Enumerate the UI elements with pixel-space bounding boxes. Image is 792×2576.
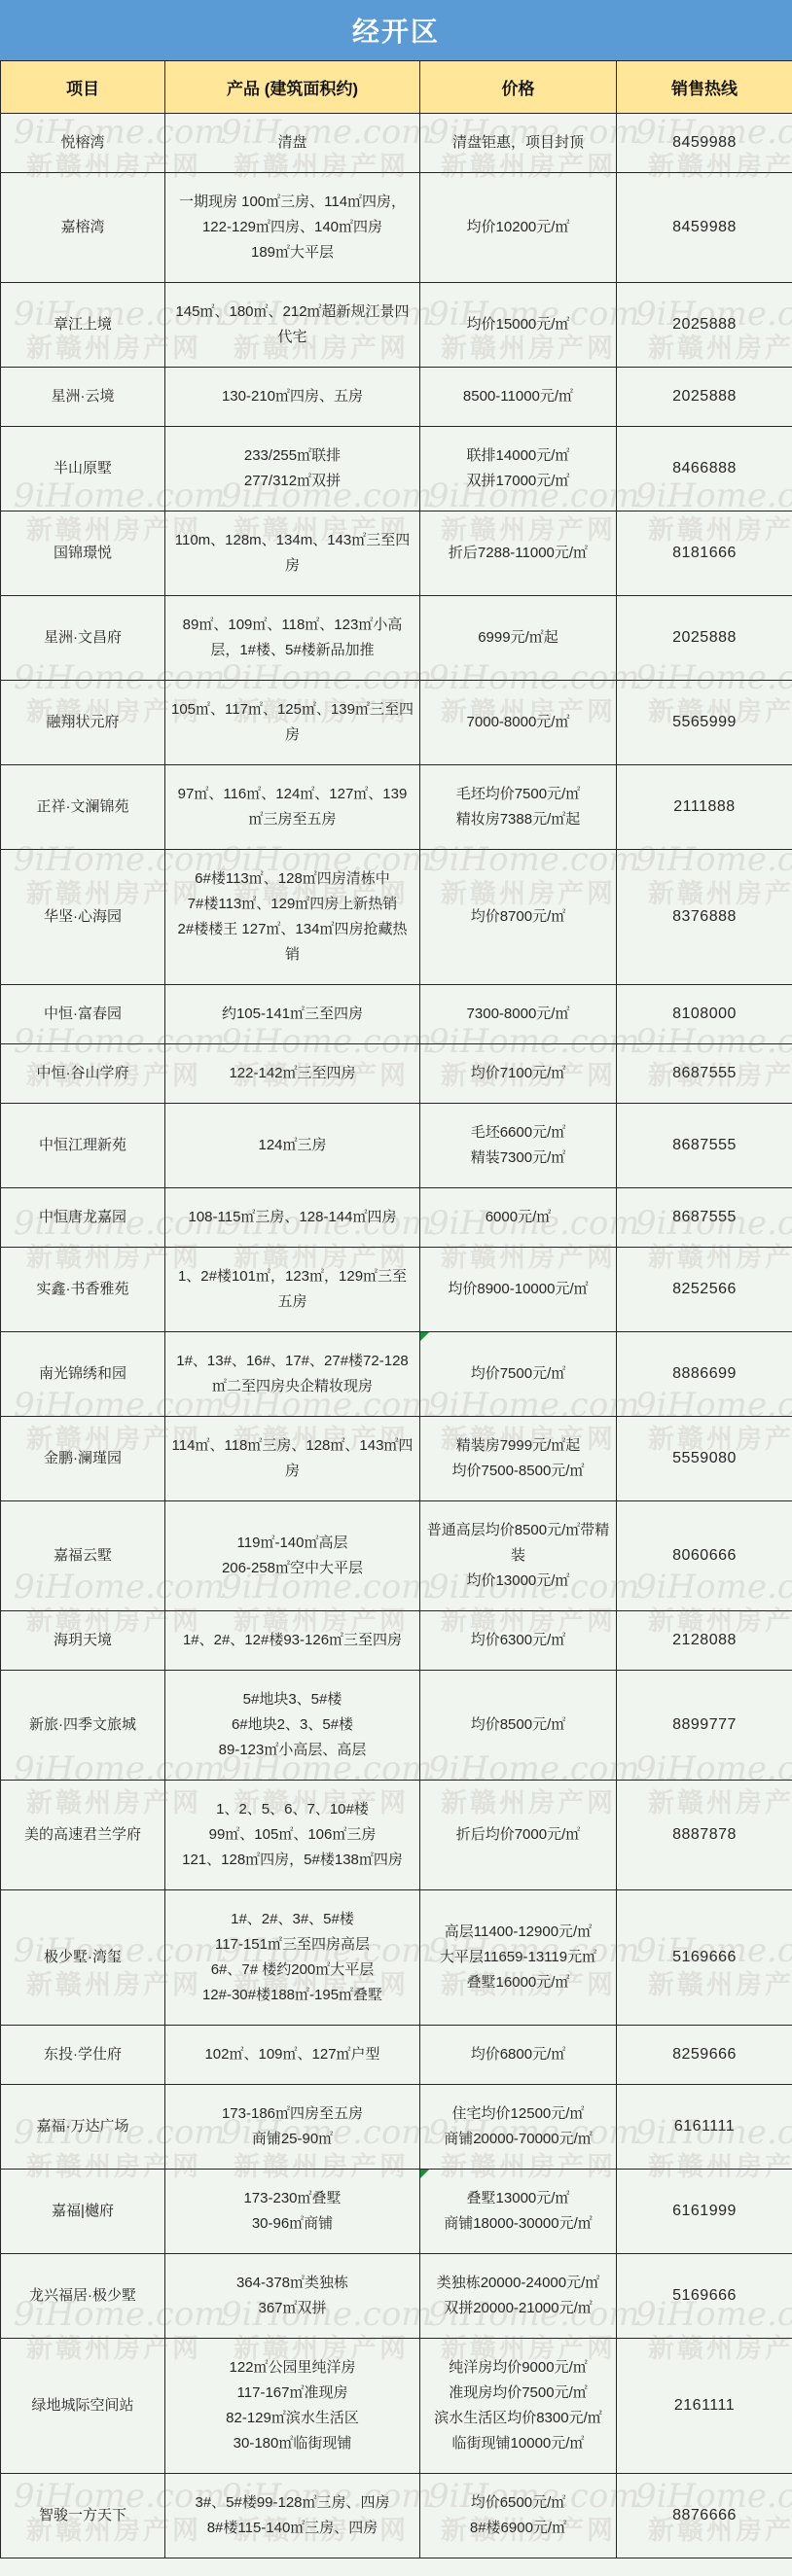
hotline-cell: 8886699: [617, 1332, 792, 1417]
price-cell-line: 折后7288-11000元/㎡: [426, 541, 610, 566]
product-cell-line: 7#楼113㎡、129㎡四房上新热销: [171, 892, 414, 917]
product-cell-line: 1、2、5、6、7、10#楼: [171, 1797, 414, 1822]
price-cell-line: 均价7100元/㎡: [426, 1061, 610, 1086]
project-name-cell: 智骏一方天下: [1, 2474, 165, 2558]
project-name-cell: 华坚·心海园: [1, 850, 165, 985]
product-cell-line: 364-378㎡类独栋: [171, 2271, 414, 2296]
hotline-cell: 5169666: [617, 2254, 792, 2339]
product-cell-line: 119㎡-140㎡高层: [171, 1531, 414, 1556]
product-cell-line: 一期现房 100㎡三房、114㎡四房，: [171, 190, 414, 215]
product-cell-line: 商铺25-90㎡: [171, 2127, 414, 2152]
price-cell-line: 均价8900-10000元/㎡: [426, 1277, 610, 1302]
project-name-cell: 嘉福·万达广场: [1, 2085, 165, 2170]
price-cell-line: 临街现铺10000元/㎡: [426, 2431, 610, 2456]
col-header-project: 项目: [1, 61, 165, 114]
price-cell: 普通高层均价8500元/㎡带精装均价13000元/㎡: [420, 1501, 617, 1611]
product-cell: 3#、5#楼99-128㎡三房、四房8#楼115-140㎡三房、四房: [165, 2474, 420, 2558]
price-cell-line: 均价7500-8500元/㎡: [426, 1459, 610, 1484]
price-cell-line: 联排14000元/㎡: [426, 443, 610, 469]
product-cell-line: 30-96㎡商铺: [171, 2211, 414, 2237]
table-row: 新旅·四季文旅城5#地块3、5#楼6#地块2、3、5#楼89-123㎡小高层、高…: [1, 1671, 792, 1781]
hotline-cell: 8060666: [617, 1501, 792, 1611]
product-cell-line: 8#楼115-140㎡三房、四房: [171, 2516, 414, 2541]
product-cell-line: 130-210㎡四房、五房: [171, 384, 414, 409]
price-cell: 清盘钜惠，项目封顶: [420, 114, 617, 173]
hotline-cell: 2025888: [617, 283, 792, 368]
price-cell: 高层11400-12900元/㎡大平层11659-13119元㎡叠墅16000元…: [420, 1890, 617, 2026]
product-cell: 5#地块3、5#楼6#地块2、3、5#楼89-123㎡小高层、高层: [165, 1671, 420, 1781]
table-row: 嘉福云墅119㎡-140㎡高层206-258㎡空中大平层普通高层均价8500元/…: [1, 1501, 792, 1611]
product-cell: 145㎡、180㎡、212㎡超新规江景四代宅: [165, 283, 420, 368]
price-cell-line: 8500-11000元/㎡: [426, 384, 610, 409]
price-cell-line: 类独栋20000-24000元/㎡: [426, 2271, 610, 2296]
product-cell: 173-186㎡四房至五房商铺25-90㎡: [165, 2085, 420, 2170]
price-cell-line: 住宅均价12500元/㎡: [426, 2101, 610, 2127]
hotline-cell: 8687555: [617, 1044, 792, 1104]
hotline-cell: 6161999: [617, 2170, 792, 2254]
product-cell: 233/255㎡联排277/312㎡双拼: [165, 427, 420, 512]
price-cell-line: 叠墅16000元/㎡: [426, 1970, 610, 1995]
col-header-hotline: 销售热线: [617, 61, 792, 114]
price-cell-line: 7300-8000元/㎡: [426, 1002, 610, 1027]
price-cell: 均价6500元/㎡8#楼6900元/㎡: [420, 2474, 617, 2558]
table-row: 美的高速君兰学府1、2、5、6、7、10#楼99㎡、105㎡、106㎡三房121…: [1, 1781, 792, 1890]
product-cell-line: 清盘: [171, 130, 414, 156]
price-cell-line: 商铺20000-70000元/㎡: [426, 2127, 610, 2152]
product-cell-line: 124㎡三房: [171, 1133, 414, 1158]
product-cell-line: 1#、2#、12#楼93-126㎡三至四房: [171, 1628, 414, 1653]
product-cell: 122㎡公园里纯洋房117-167㎡准现房82-129㎡滨水生活区30-180㎡…: [165, 2339, 420, 2474]
hotline-cell: 8459988: [617, 114, 792, 173]
price-cell-line: 商铺18000-30000元/㎡: [426, 2211, 610, 2237]
price-cell: 7000-8000元/㎡: [420, 681, 617, 765]
price-cell-line: 准现房均价7500元/㎡: [426, 2381, 610, 2406]
product-cell-line: 367㎡双拼: [171, 2296, 414, 2321]
hotline-cell: 8876666: [617, 2474, 792, 2558]
table-row: 龙兴福居·极少墅364-378㎡类独栋367㎡双拼类独栋20000-24000元…: [1, 2254, 792, 2339]
price-cell: 8500-11000元/㎡: [420, 368, 617, 427]
product-cell-line: 105㎡、117㎡、125㎡、139㎡三至四房: [171, 697, 414, 748]
product-cell-line: 122-142㎡三至四房: [171, 1061, 414, 1086]
price-cell-line: 纯洋房均价9000元/㎡: [426, 2355, 610, 2381]
col-header-product: 产品 (建筑面积约): [165, 61, 420, 114]
product-cell: 1#、2#、3#、5#楼117-151㎡三至四房高层6#、7# 楼约200㎡大平…: [165, 1890, 420, 2026]
hotline-cell: 8687555: [617, 1188, 792, 1248]
product-cell: 6#楼113㎡、128㎡四房清栋中7#楼113㎡、129㎡四房上新热销2#楼楼王…: [165, 850, 420, 985]
project-name-cell: 半山原墅: [1, 427, 165, 512]
price-cell-line: 滨水生活区均价8300元/㎡: [426, 2406, 610, 2431]
product-cell: 119㎡-140㎡高层206-258㎡空中大平层: [165, 1501, 420, 1611]
table-row: 智骏一方天下3#、5#楼99-128㎡三房、四房8#楼115-140㎡三房、四房…: [1, 2474, 792, 2558]
table-row: 国锦璟悦110m、128m、134m、143㎡三至四房折后7288-11000元…: [1, 512, 792, 596]
hotline-cell: 8687555: [617, 1104, 792, 1188]
price-cell: 联排14000元/㎡双拼17000元/㎡: [420, 427, 617, 512]
product-cell: 110m、128m、134m、143㎡三至四房: [165, 512, 420, 596]
hotline-cell: 8459988: [617, 173, 792, 283]
project-name-cell: 实鑫·书香雅苑: [1, 1248, 165, 1332]
price-cell-line: 高层11400-12900元/㎡: [426, 1920, 610, 1945]
project-name-cell: 中恒江理新苑: [1, 1104, 165, 1188]
table-row: 南光锦绣和园1#、13#、16#、17#、27#楼72-128㎡二至四房央企精妆…: [1, 1332, 792, 1417]
project-name-cell: 正祥·文澜锦苑: [1, 765, 165, 850]
project-name-cell: 星洲·云境: [1, 368, 165, 427]
project-name-cell: 龙兴福居·极少墅: [1, 2254, 165, 2339]
project-name-cell: 中恒·富春园: [1, 985, 165, 1044]
project-name-cell: 东投·学仕府: [1, 2026, 165, 2085]
hotline-cell: 8466888: [617, 427, 792, 512]
hotline-cell: 6161111: [617, 2085, 792, 2170]
price-cell: 均价6300元/㎡: [420, 1611, 617, 1671]
table-row: 绿地城际空间站122㎡公园里纯洋房117-167㎡准现房82-129㎡滨水生活区…: [1, 2339, 792, 2474]
price-cell-line: 精装房7999元/㎡起: [426, 1433, 610, 1459]
project-name-cell: 南光锦绣和园: [1, 1332, 165, 1417]
product-cell-line: 189㎡大平层: [171, 240, 414, 265]
price-cell: 均价6800元/㎡: [420, 2026, 617, 2085]
price-cell-line: 均价13000元/㎡: [426, 1569, 610, 1594]
price-cell-line: 6000元/㎡: [426, 1205, 610, 1230]
project-name-cell: 新旅·四季文旅城: [1, 1671, 165, 1781]
project-name-cell: 嘉福|樾府: [1, 2170, 165, 2254]
price-cell: 7300-8000元/㎡: [420, 985, 617, 1044]
price-cell: 均价8900-10000元/㎡: [420, 1248, 617, 1332]
cell-flag-icon: [420, 1332, 429, 1341]
product-cell-line: 173-230㎡叠墅: [171, 2186, 414, 2211]
product-cell-line: 173-186㎡四房至五房: [171, 2101, 414, 2127]
listings-page: 经开区 项目 产品 (建筑面积约) 价格 销售热线 悦榕湾清盘清盘钜惠，项目封顶…: [0, 0, 792, 2576]
table-row: 中恒唐龙嘉园108-115㎡三房、128-144㎡四房6000元/㎡868755…: [1, 1188, 792, 1248]
product-cell-line: 82-129㎡滨水生活区: [171, 2406, 414, 2431]
product-cell-line: 1#、13#、16#、17#、27#楼72-128㎡二至四房央企精妆现房: [171, 1349, 414, 1399]
price-cell-line: 7000-8000元/㎡: [426, 710, 610, 735]
price-cell-line: 6999元/㎡起: [426, 625, 610, 651]
product-cell-line: 约105-141㎡三至四房: [171, 1002, 414, 1027]
product-cell: 1#、2#、12#楼93-126㎡三至四房: [165, 1611, 420, 1671]
table-row: 中恒·富春园约105-141㎡三至四房7300-8000元/㎡8108000: [1, 985, 792, 1044]
product-cell-line: 145㎡、180㎡、212㎡超新规江景四代宅: [171, 300, 414, 350]
table-row: 星洲·云境130-210㎡四房、五房8500-11000元/㎡2025888: [1, 368, 792, 427]
table-row: 中恒江理新苑124㎡三房毛坯6600元/㎡精装7300元/㎡8687555: [1, 1104, 792, 1188]
price-cell: 类独栋20000-24000元/㎡双拼20000-21000元/㎡: [420, 2254, 617, 2339]
table-row: 华坚·心海园6#楼113㎡、128㎡四房清栋中7#楼113㎡、129㎡四房上新热…: [1, 850, 792, 985]
product-cell-line: 206-258㎡空中大平层: [171, 1556, 414, 1581]
price-cell-line: 均价7500元/㎡: [426, 1361, 610, 1387]
project-name-cell: 极少墅·湾玺: [1, 1890, 165, 2026]
product-cell: 105㎡、117㎡、125㎡、139㎡三至四房: [165, 681, 420, 765]
product-cell-line: 122㎡公园里纯洋房: [171, 2355, 414, 2381]
product-cell: 124㎡三房: [165, 1104, 420, 1188]
product-cell-line: 97㎡、116㎡、124㎡、127㎡、139㎡三房至五房: [171, 782, 414, 832]
price-cell-line: 均价6300元/㎡: [426, 1628, 610, 1653]
price-cell: 住宅均价12500元/㎡商铺20000-70000元/㎡: [420, 2085, 617, 2170]
product-cell: 1、2、5、6、7、10#楼99㎡、105㎡、106㎡三房121、128㎡四房，…: [165, 1781, 420, 1890]
product-cell-line: 5#地块3、5#楼: [171, 1687, 414, 1712]
hotline-cell: 8259666: [617, 2026, 792, 2085]
product-cell-line: 277/312㎡双拼: [171, 469, 414, 494]
hotline-cell: 5169666: [617, 1890, 792, 2026]
project-name-cell: 章江上境: [1, 283, 165, 368]
listings-table: 项目 产品 (建筑面积约) 价格 销售热线 悦榕湾清盘清盘钜惠，项目封顶8459…: [0, 60, 792, 2558]
region-title: 经开区: [0, 0, 792, 60]
table-row: 东投·学仕府102㎡、109㎡、127㎡户型均价6800元/㎡8259666: [1, 2026, 792, 2085]
product-cell: 一期现房 100㎡三房、114㎡四房，122-129㎡四房、140㎡四房189㎡…: [165, 173, 420, 283]
product-cell-line: 110m、128m、134m、143㎡三至四房: [171, 528, 414, 579]
product-cell-line: 121、128㎡四房，5#楼138㎡四房: [171, 1848, 414, 1873]
price-cell-line: 均价6800元/㎡: [426, 2042, 610, 2067]
product-cell: 102㎡、109㎡、127㎡户型: [165, 2026, 420, 2085]
table-row: 极少墅·湾玺1#、2#、3#、5#楼117-151㎡三至四房高层6#、7# 楼约…: [1, 1890, 792, 2026]
project-name-cell: 星洲·文昌府: [1, 596, 165, 681]
table-row: 嘉福·万达广场173-186㎡四房至五房商铺25-90㎡住宅均价12500元/㎡…: [1, 2085, 792, 2170]
product-cell: 1#、13#、16#、17#、27#楼72-128㎡二至四房央企精妆现房: [165, 1332, 420, 1417]
price-cell-line: 叠墅13000元/㎡: [426, 2186, 610, 2211]
product-cell-line: 114㎡、118㎡三房、128㎡、143㎡四房: [171, 1433, 414, 1484]
hotline-cell: 8108000: [617, 985, 792, 1044]
hotline-cell: 2025888: [617, 368, 792, 427]
price-cell: 均价10200元/㎡: [420, 173, 617, 283]
product-cell-line: 117-167㎡准现房: [171, 2381, 414, 2406]
project-name-cell: 海玥天境: [1, 1611, 165, 1671]
product-cell-line: 6#、7# 楼约200㎡大平层: [171, 1958, 414, 1983]
price-cell-line: 均价6500元/㎡: [426, 2490, 610, 2516]
price-cell: 均价8500元/㎡: [420, 1671, 617, 1781]
price-cell: 叠墅13000元/㎡商铺18000-30000元/㎡: [420, 2170, 617, 2254]
price-cell: 6999元/㎡起: [420, 596, 617, 681]
col-header-price: 价格: [420, 61, 617, 114]
project-name-cell: 嘉榕湾: [1, 173, 165, 283]
product-cell-line: 1、2#楼101㎡，123㎡，129㎡三至五房: [171, 1264, 414, 1315]
product-cell: 173-230㎡叠墅30-96㎡商铺: [165, 2170, 420, 2254]
hotline-cell: 8252566: [617, 1248, 792, 1332]
price-cell: 均价15000元/㎡: [420, 283, 617, 368]
product-cell-line: 1#、2#、3#、5#楼: [171, 1907, 414, 1932]
table-row: 正祥·文澜锦苑97㎡、116㎡、124㎡、127㎡、139㎡三房至五房毛坯均价7…: [1, 765, 792, 850]
product-cell-line: 122-129㎡四房、140㎡四房: [171, 215, 414, 240]
price-cell-line: 双拼20000-21000元/㎡: [426, 2296, 610, 2321]
product-cell-line: 99㎡、105㎡、106㎡三房: [171, 1822, 414, 1848]
project-name-cell: 国锦璟悦: [1, 512, 165, 596]
price-cell: 毛坯均价7500元/㎡精妆房7388元/㎡起: [420, 765, 617, 850]
price-cell: 6000元/㎡: [420, 1188, 617, 1248]
project-name-cell: 嘉福云墅: [1, 1501, 165, 1611]
price-cell: 纯洋房均价9000元/㎡准现房均价7500元/㎡滨水生活区均价8300元/㎡临街…: [420, 2339, 617, 2474]
hotline-cell: 8887878: [617, 1781, 792, 1890]
hotline-cell: 2111888: [617, 765, 792, 850]
table-row: 中恒·谷山学府122-142㎡三至四房均价7100元/㎡8687555: [1, 1044, 792, 1104]
product-cell-line: 6#楼113㎡、128㎡四房清栋中: [171, 866, 414, 892]
table-row: 星洲·文昌府89㎡、109㎡、118㎡、123㎡小高层，1#楼、5#楼新品加推6…: [1, 596, 792, 681]
hotline-cell: 8181666: [617, 512, 792, 596]
table-row: 悦榕湾清盘清盘钜惠，项目封顶8459988: [1, 114, 792, 173]
table-row: 金鹏·澜瑾园114㎡、118㎡三房、128㎡、143㎡四房精装房7999元/㎡起…: [1, 1417, 792, 1501]
hotline-cell: 8376888: [617, 850, 792, 985]
hotline-cell: 5565999: [617, 681, 792, 765]
price-cell-line: 均价8500元/㎡: [426, 1712, 610, 1738]
table-row: 嘉榕湾一期现房 100㎡三房、114㎡四房，122-129㎡四房、140㎡四房1…: [1, 173, 792, 283]
price-cell-line: 清盘钜惠，项目封顶: [426, 130, 610, 156]
price-cell: 折后7288-11000元/㎡: [420, 512, 617, 596]
product-cell-line: 102㎡、109㎡、127㎡户型: [171, 2042, 414, 2067]
price-cell-line: 均价10200元/㎡: [426, 215, 610, 240]
table-row: 海玥天境1#、2#、12#楼93-126㎡三至四房均价6300元/㎡212808…: [1, 1611, 792, 1671]
product-cell: 122-142㎡三至四房: [165, 1044, 420, 1104]
cell-flag-icon: [420, 2170, 429, 2178]
price-cell-line: 普通高层均价8500元/㎡带精装: [426, 1518, 610, 1569]
product-cell: 约105-141㎡三至四房: [165, 985, 420, 1044]
table-row: 融翔状元府105㎡、117㎡、125㎡、139㎡三至四房7000-8000元/㎡…: [1, 681, 792, 765]
project-name-cell: 融翔状元府: [1, 681, 165, 765]
project-name-cell: 金鹏·澜瑾园: [1, 1417, 165, 1501]
project-name-cell: 中恒唐龙嘉园: [1, 1188, 165, 1248]
product-cell-line: 89-123㎡小高层、高层: [171, 1738, 414, 1763]
hotline-cell: 8899777: [617, 1671, 792, 1781]
product-cell: 108-115㎡三房、128-144㎡四房: [165, 1188, 420, 1248]
product-cell-line: 117-151㎡三至四房高层: [171, 1932, 414, 1958]
product-cell: 114㎡、118㎡三房、128㎡、143㎡四房: [165, 1417, 420, 1501]
table-row: 章江上境145㎡、180㎡、212㎡超新规江景四代宅均价15000元/㎡2025…: [1, 283, 792, 368]
product-cell: 1、2#楼101㎡，123㎡，129㎡三至五房: [165, 1248, 420, 1332]
price-cell-line: 精妆房7388元/㎡起: [426, 807, 610, 832]
project-name-cell: 悦榕湾: [1, 114, 165, 173]
project-name-cell: 绿地城际空间站: [1, 2339, 165, 2474]
product-cell-line: 30-180㎡临街现铺: [171, 2431, 414, 2456]
product-cell-line: 12#-30#楼188㎡-195㎡叠墅: [171, 1983, 414, 2008]
price-cell-line: 毛坯均价7500元/㎡: [426, 782, 610, 807]
hotline-cell: 2025888: [617, 596, 792, 681]
price-cell-line: 8#楼6900元/㎡: [426, 2516, 610, 2541]
price-cell: 均价7500元/㎡: [420, 1332, 617, 1417]
price-cell-line: 均价8700元/㎡: [426, 904, 610, 930]
table-row: 嘉福|樾府173-230㎡叠墅30-96㎡商铺叠墅13000元/㎡商铺18000…: [1, 2170, 792, 2254]
product-cell: 89㎡、109㎡、118㎡、123㎡小高层，1#楼、5#楼新品加推: [165, 596, 420, 681]
product-cell: 清盘: [165, 114, 420, 173]
hotline-cell: 2161111: [617, 2339, 792, 2474]
price-cell-line: 均价15000元/㎡: [426, 312, 610, 337]
price-cell-line: 双拼17000元/㎡: [426, 469, 610, 494]
product-cell-line: 233/255㎡联排: [171, 443, 414, 469]
product-cell-line: 108-115㎡三房、128-144㎡四房: [171, 1205, 414, 1230]
price-cell-line: 折后均价7000元/㎡: [426, 1822, 610, 1848]
price-cell-line: 毛坯6600元/㎡: [426, 1120, 610, 1146]
table-row: 半山原墅233/255㎡联排277/312㎡双拼联排14000元/㎡双拼1700…: [1, 427, 792, 512]
price-cell: 精装房7999元/㎡起均价7500-8500元/㎡: [420, 1417, 617, 1501]
product-cell: 97㎡、116㎡、124㎡、127㎡、139㎡三房至五房: [165, 765, 420, 850]
hotline-cell: 2128088: [617, 1611, 792, 1671]
project-name-cell: 中恒·谷山学府: [1, 1044, 165, 1104]
product-cell-line: 3#、5#楼99-128㎡三房、四房: [171, 2490, 414, 2516]
product-cell-line: 2#楼楼王 127㎡、134㎡四房抢藏热销: [171, 917, 414, 968]
price-cell: 均价8700元/㎡: [420, 850, 617, 985]
price-cell: 均价7100元/㎡: [420, 1044, 617, 1104]
price-cell: 折后均价7000元/㎡: [420, 1781, 617, 1890]
product-cell: 130-210㎡四房、五房: [165, 368, 420, 427]
hotline-cell: 5559080: [617, 1417, 792, 1501]
table-row: 实鑫·书香雅苑1、2#楼101㎡，123㎡，129㎡三至五房均价8900-100…: [1, 1248, 792, 1332]
price-cell: 毛坯6600元/㎡精装7300元/㎡: [420, 1104, 617, 1188]
project-name-cell: 美的高速君兰学府: [1, 1781, 165, 1890]
product-cell-line: 89㎡、109㎡、118㎡、123㎡小高层，1#楼、5#楼新品加推: [171, 613, 414, 663]
header-row: 项目 产品 (建筑面积约) 价格 销售热线: [1, 61, 792, 114]
product-cell-line: 6#地块2、3、5#楼: [171, 1712, 414, 1738]
price-cell-line: 大平层11659-13119元㎡: [426, 1945, 610, 1970]
price-cell-line: 精装7300元/㎡: [426, 1146, 610, 1171]
product-cell: 364-378㎡类独栋367㎡双拼: [165, 2254, 420, 2339]
